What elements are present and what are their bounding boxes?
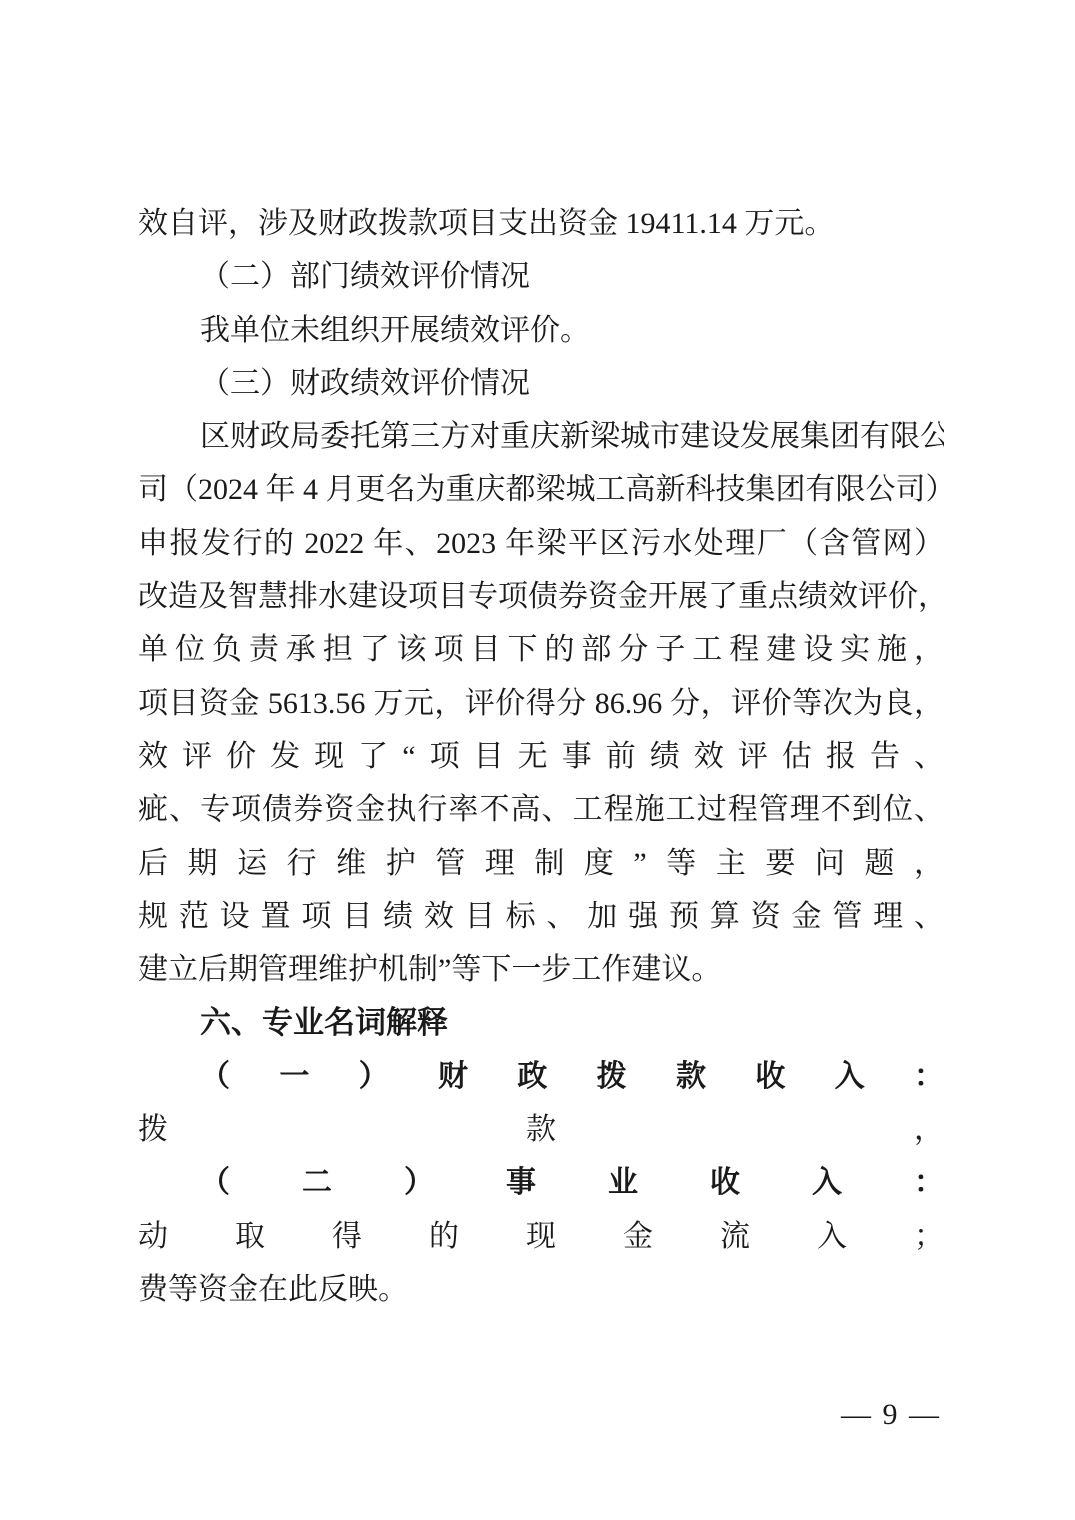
- body-line: 动取得的现金流入；事业单位收到的财政专户实际核拨的教育收: [138, 1210, 944, 1263]
- subheading-section-3: （三）财政绩效评价情况: [138, 357, 944, 410]
- definition-line: （一）财政拨款收入：指本年度从本级财政部门取得的财政: [138, 1050, 944, 1103]
- definition-line: （二）事业收入：指事业单位开展专业业务活动及其辅助活: [138, 1156, 944, 1209]
- section-heading-6: 六、专业名词解释: [138, 996, 944, 1049]
- body-line: 申报发行的 2022 年、2023 年梁平区污水处理厂（含管网）提标: [138, 517, 944, 570]
- body-line: 项目资金 5613.56 万元，评价得分 86.96 分，评价等次为良，绩: [138, 677, 944, 730]
- body-line: 区财政局委托第三方对重庆新梁城市建设发展集团有限公: [138, 410, 944, 463]
- page-number: — 9 —: [841, 1398, 941, 1432]
- body-line: 规范设置项目绩效目标、加强预算资金管理、加强施工过程管理、: [138, 890, 944, 943]
- body-line: 费等资金在此反映。: [138, 1263, 944, 1316]
- body-line: 我单位未组织开展绩效评价。: [138, 304, 944, 357]
- term-label: （二）事业收入：: [200, 1166, 944, 1199]
- body-line: 单位负责承担了该项目下的部分子工程建设实施，涉及财政拨款: [138, 623, 944, 676]
- body-line: 司（2024 年 4 月更名为重庆都梁城工高新科技集团有限公司）: [138, 463, 944, 516]
- document-page: 效自评，涉及财政拨款项目支出资金 19411.14 万元。 （二）部门绩效评价情…: [0, 0, 1075, 1520]
- term-label: （一）财政拨款收入：: [200, 1060, 944, 1093]
- body-line: 建立后期管理维护机制”等下一步工作建议。: [138, 943, 944, 996]
- body-line: 效评价发现了“项目无事前绩效评估报告、绩效目标设置存在瑕: [138, 730, 944, 783]
- body-line: 改造及智慧排水建设项目专项债券资金开展了重点绩效评价，我: [138, 570, 944, 623]
- document-content: 效自评，涉及财政拨款项目支出资金 19411.14 万元。 （二）部门绩效评价情…: [138, 197, 944, 1316]
- body-line: 拨款，包括一般公共预算财政拨款和政府性基金预算财政拨款。: [138, 1103, 944, 1156]
- subheading-section-2: （二）部门绩效评价情况: [138, 250, 944, 303]
- continuation-line: 效自评，涉及财政拨款项目支出资金 19411.14 万元。: [138, 197, 944, 250]
- body-line: 后期运行维护管理制度”等主要问题，提出“加强项目绩效管理、: [138, 837, 944, 890]
- body-line: 疵、专项债券资金执行率不高、工程施工过程管理不到位、缺乏: [138, 783, 944, 836]
